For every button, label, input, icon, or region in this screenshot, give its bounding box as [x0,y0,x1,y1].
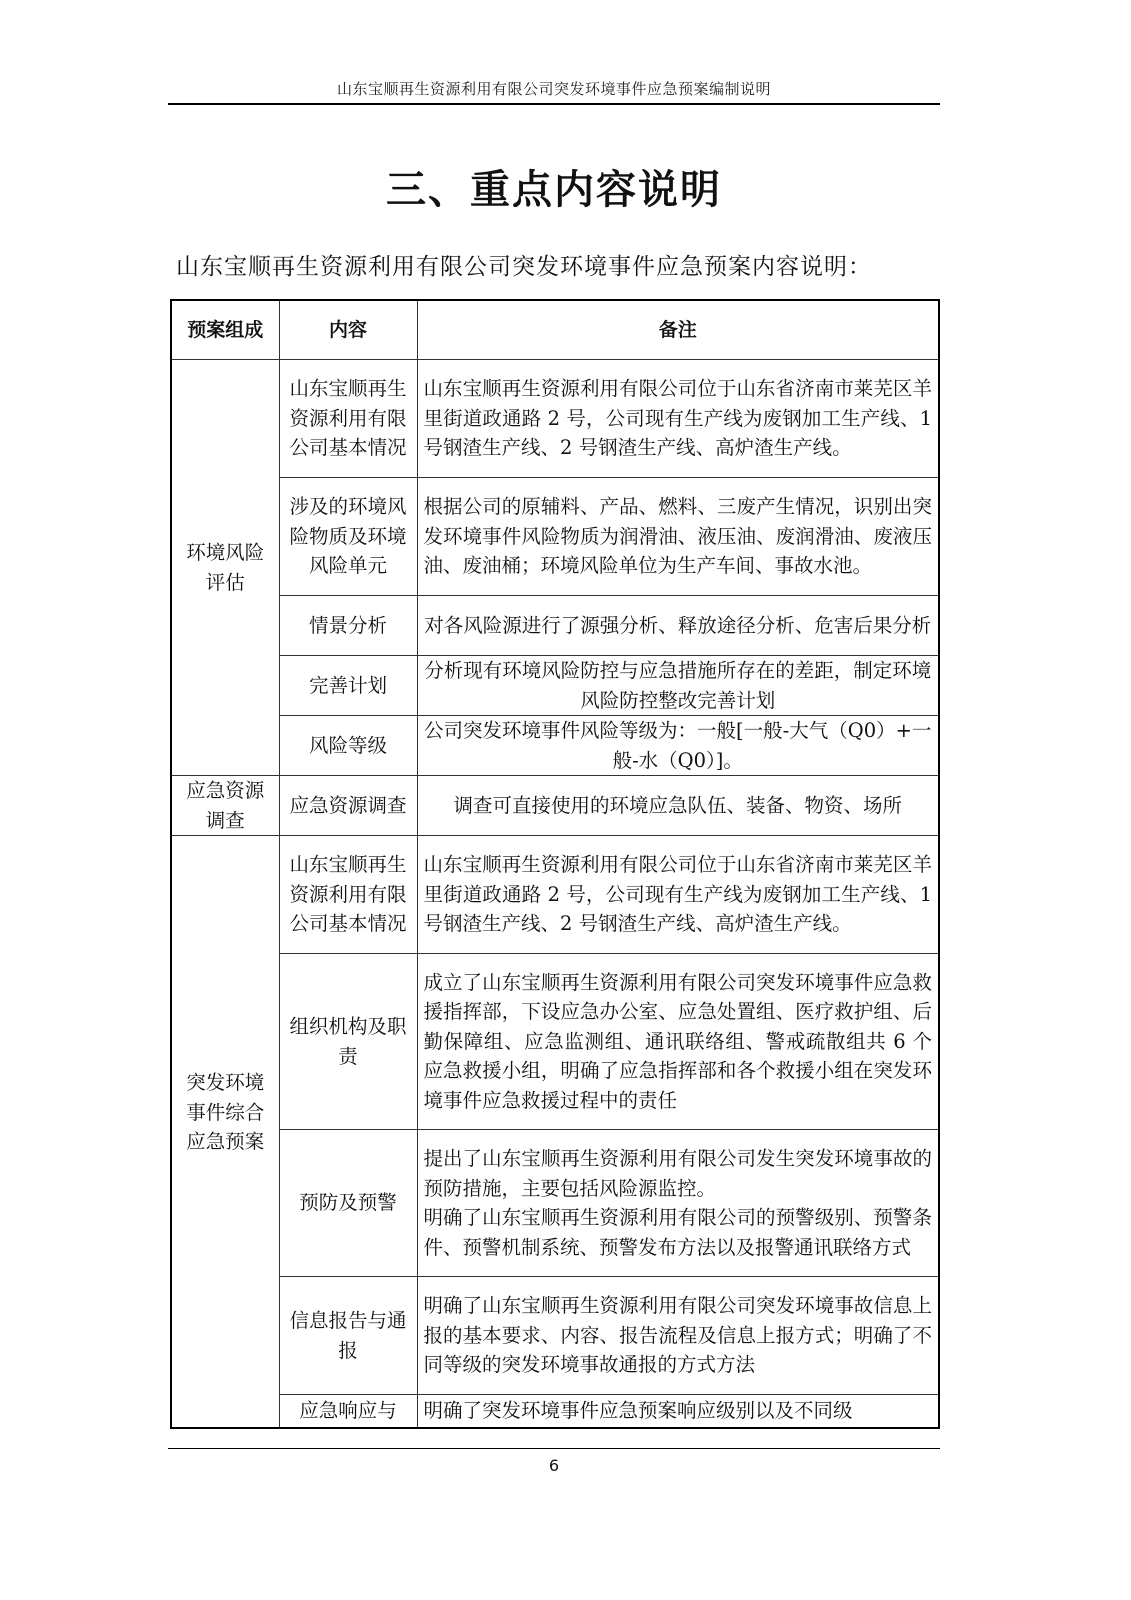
row-note: 山东宝顺再生资源利用有限公司位于山东省济南市莱芜区羊里街道政通路 2 号，公司现… [417,360,939,478]
intro-text: 山东宝顺再生资源利用有限公司突发环境事件应急预案内容说明： [176,248,936,281]
row-content: 完善计划 [279,656,417,716]
row-note: 调查可直接使用的环境应急队伍、装备、物资、场所 [417,776,939,836]
table-row: 信息报告与通报 明确了山东宝顺再生资源利用有限公司突发环境事故信息上报的基本要求… [171,1277,939,1395]
row-note: 分析现有环境风险防控与应急措施所存在的差距，制定环境风险防控整改完善计划 [417,656,939,716]
header-remarks: 备注 [417,300,939,360]
page-title: 三、重点内容说明 [168,158,940,215]
row-note: 提出了山东宝顺再生资源利用有限公司发生突发环境事故的预防措施，主要包括风险源监控… [417,1130,939,1277]
group-label-text: 突发环境事件综合应急预案 [186,1071,264,1153]
table-row: 环境风险评估 山东宝顺再生资源利用有限公司基本情况 山东宝顺再生资源利用有限公司… [171,360,939,478]
row-note: 根据公司的原辅料、产品、燃料、三废产生情况，识别出突发环境事件风险物质为润滑油、… [417,478,939,596]
table-header-row: 预案组成 内容 备注 [171,300,939,360]
plan-content-table: 预案组成 内容 备注 环境风险评估 山东宝顺再生资源利用有限公司基本情况 山东宝… [170,299,940,1429]
table-row: 情景分析 对各风险源进行了源强分析、释放途径分析、危害后果分析 [171,596,939,656]
group-label: 环境风险评估 [171,360,279,776]
table-row: 风险等级 公司突发环境事件风险等级为：一般[一般-大气（Q0）+一般-水（Q0）… [171,716,939,776]
table-row: 组织机构及职责 成立了山东宝顺再生资源利用有限公司突发环境事件应急救援指挥部，下… [171,954,939,1130]
row-content: 情景分析 [279,596,417,656]
row-note: 明确了山东宝顺再生资源利用有限公司突发环境事故信息上报的基本要求、内容、报告流程… [417,1277,939,1395]
header-rule [168,103,940,105]
table-row: 突发环境事件综合应急预案 山东宝顺再生资源利用有限公司基本情况 山东宝顺再生资源… [171,836,939,954]
table-row: 预防及预警 提出了山东宝顺再生资源利用有限公司发生突发环境事故的预防措施，主要包… [171,1130,939,1277]
row-content: 组织机构及职责 [279,954,417,1130]
page-number: 6 [168,1456,940,1475]
row-content: 预防及预警 [279,1130,417,1277]
row-note: 山东宝顺再生资源利用有限公司位于山东省济南市莱芜区羊里街道政通路 2 号，公司现… [417,836,939,954]
group-label: 应急资源调查 [171,776,279,836]
row-content: 应急响应与 [279,1395,417,1428]
row-content: 涉及的环境风险物质及环境风险单元 [279,478,417,596]
header-plan-composition: 预案组成 [171,300,279,360]
row-content: 信息报告与通报 [279,1277,417,1395]
row-note: 成立了山东宝顺再生资源利用有限公司突发环境事件应急救援指挥部，下设应急办公室、应… [417,954,939,1130]
row-note-paragraph: 明确了山东宝顺再生资源利用有限公司的预警级别、预警条件、预警机制系统、预警发布方… [424,1203,933,1262]
row-content: 山东宝顺再生资源利用有限公司基本情况 [279,836,417,954]
table-row: 完善计划 分析现有环境风险防控与应急措施所存在的差距，制定环境风险防控整改完善计… [171,656,939,716]
row-content: 应急资源调查 [279,776,417,836]
table-row: 应急响应与 明确了突发环境事件应急预案响应级别以及不同级 [171,1395,939,1428]
row-note-paragraph: 提出了山东宝顺再生资源利用有限公司发生突发环境事故的预防措施，主要包括风险源监控… [424,1144,933,1203]
row-note: 对各风险源进行了源强分析、释放途径分析、危害后果分析 [417,596,939,656]
row-note: 明确了突发环境事件应急预案响应级别以及不同级 [417,1395,939,1428]
row-note: 公司突发环境事件风险等级为：一般[一般-大气（Q0）+一般-水（Q0）]。 [417,716,939,776]
row-content: 风险等级 [279,716,417,776]
running-header: 山东宝顺再生资源利用有限公司突发环境事件应急预案编制说明 [168,78,940,99]
footer-rule [168,1448,940,1449]
group-label: 突发环境事件综合应急预案 [171,836,279,1428]
header-content: 内容 [279,300,417,360]
table-row: 应急资源调查 应急资源调查 调查可直接使用的环境应急队伍、装备、物资、场所 [171,776,939,836]
row-content: 山东宝顺再生资源利用有限公司基本情况 [279,360,417,478]
table-row: 涉及的环境风险物质及环境风险单元 根据公司的原辅料、产品、燃料、三废产生情况，识… [171,478,939,596]
